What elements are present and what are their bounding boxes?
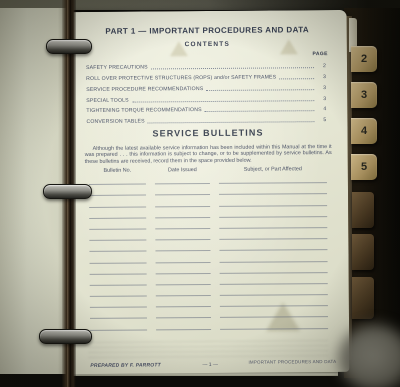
bulletin-blank-cell — [155, 195, 210, 207]
bulletin-blank-cell — [156, 296, 211, 308]
bulletin-blank-cell — [155, 173, 210, 185]
bulletin-blank-cell — [90, 308, 147, 320]
binder-tab-2: 2 — [351, 46, 377, 72]
bulletin-blank-cell — [156, 307, 211, 319]
contents-heading: CONTENTS — [68, 40, 347, 49]
bulletin-blank-cell — [220, 306, 328, 318]
bulletin-blank-cell — [90, 274, 147, 286]
bulletin-blank-cell — [155, 184, 210, 196]
bulletin-blank-cell — [89, 218, 146, 230]
service-bulletins-heading: SERVICE BULLETINS — [69, 127, 348, 139]
part-title: PART 1 — IMPORTANT PROCEDURES AND DATA — [68, 25, 347, 36]
bulletin-blank-cell — [89, 241, 146, 253]
toc-row: CONVERSION TABLES5 — [86, 113, 326, 126]
service-bulletins-intro: Although the latest available service in… — [85, 144, 332, 165]
footer-prepared-by: PREPARED BY F. PARROTT — [90, 362, 161, 369]
binder-ring-middle — [43, 184, 92, 199]
bulletin-blank-cell — [219, 228, 327, 240]
toc-page-number: 4 — [317, 107, 326, 113]
bulletin-blank-cell — [90, 263, 147, 275]
footer-section-title: IMPORTANT PROCEDURES AND DATA — [248, 359, 336, 365]
page-column-label: PAGE — [312, 51, 327, 57]
binder-tab-5: 5 — [351, 154, 377, 180]
bulletin-blank-cell — [90, 297, 147, 309]
page-footer: PREPARED BY F. PARROTT — 1 — IMPORTANT P… — [70, 359, 342, 373]
bulletin-blank-cell — [89, 252, 146, 264]
toc-entry-label: CONVERSION TABLES — [86, 119, 144, 125]
bulletin-blank-cell — [89, 196, 146, 208]
toc-entry-label: SERVICE PROCEDURE RECOMMENDATIONS — [86, 86, 203, 93]
bulletin-blank-cell — [219, 183, 327, 195]
toc-page-number: 3 — [317, 74, 326, 80]
bulletin-blank-cell — [89, 173, 146, 185]
toc-page-number: 3 — [317, 85, 326, 91]
binder-tab-4: 4 — [351, 118, 377, 144]
toc-entry-label: SPECIAL TOOLS — [86, 97, 129, 103]
text-showthrough — [88, 340, 328, 358]
bulletin-blank-cell — [156, 274, 211, 286]
bulletin-blank-cell — [219, 206, 327, 218]
bulletin-blank-cell — [89, 229, 146, 241]
photo-background: PART 1 — IMPORTANT PROCEDURES AND DATA C… — [0, 0, 400, 387]
bulletin-blank-rows — [89, 172, 328, 330]
bulletin-blank-row — [90, 318, 328, 331]
toc-entry-label: SAFETY PRECAUTIONS — [86, 64, 148, 70]
tab-stack: 2345 — [351, 46, 379, 190]
binder-tab-3: 3 — [351, 82, 377, 108]
toc-page-number: 5 — [317, 117, 326, 123]
worn-tab — [352, 277, 374, 319]
bulletin-blank-cell — [219, 217, 327, 229]
bulletin-blank-cell — [219, 172, 327, 184]
bulletin-blank-cell — [219, 250, 327, 262]
bulletin-blank-cell — [90, 319, 147, 331]
bulletin-blank-cell — [219, 194, 327, 206]
binder-ring-top — [46, 39, 92, 54]
bulletin-blank-cell — [156, 318, 211, 330]
bulletin-blank-cell — [155, 218, 210, 230]
bulletin-blank-cell — [219, 239, 327, 251]
bulletin-blank-cell — [155, 229, 210, 241]
bulletin-blank-cell — [220, 318, 328, 330]
bulletin-blank-cell — [90, 285, 147, 297]
worn-tab — [352, 234, 374, 270]
table-of-contents: SAFETY PRECAUTIONS2ROLL OVER PROTECTIVE … — [86, 58, 327, 125]
bulletin-blank-cell — [155, 251, 210, 263]
bulletin-blank-cell — [155, 207, 210, 219]
manual-page: PART 1 — IMPORTANT PROCEDURES AND DATA C… — [68, 10, 350, 374]
bulletin-blank-cell — [220, 262, 328, 274]
bulletin-blank-cell — [155, 240, 210, 252]
worn-tab — [352, 192, 374, 228]
footer-page-number: — 1 — — [202, 362, 218, 368]
bulletin-blank-cell — [89, 185, 146, 197]
bulletin-blank-cell — [220, 284, 328, 296]
binder-ring-bottom — [39, 329, 92, 344]
bulletin-blank-cell — [220, 273, 328, 285]
toc-page-number: 3 — [317, 96, 326, 102]
bulletin-blank-cell — [156, 285, 211, 297]
bulletin-blank-cell — [89, 207, 146, 219]
toc-leader-dots — [148, 122, 315, 124]
bulletin-blank-cell — [156, 262, 211, 274]
bulletin-blank-cell — [220, 295, 328, 307]
toc-entry-label: TIGHTENING TORQUE RECOMMENDATIONS — [86, 108, 201, 115]
toc-page-number: 2 — [317, 63, 326, 69]
